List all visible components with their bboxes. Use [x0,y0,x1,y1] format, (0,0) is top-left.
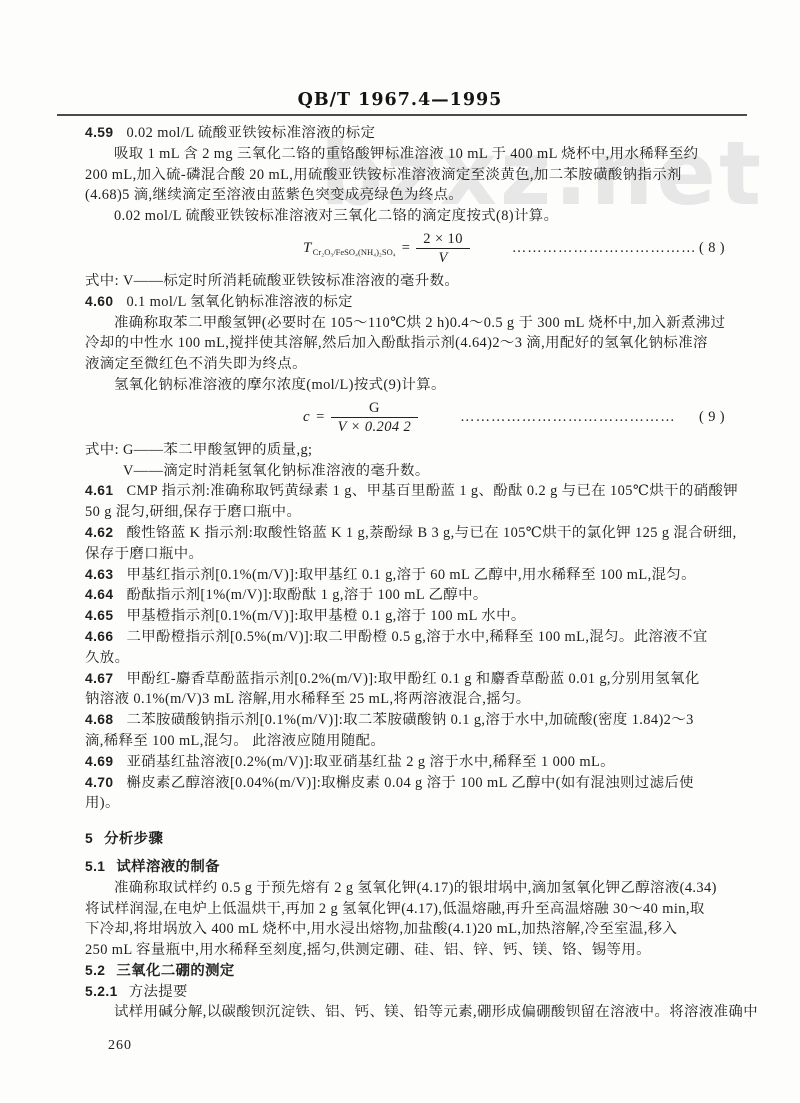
heading-line: 5.2三氧化二硼的测定 [85,961,745,982]
section-line: 4.66二甲酚橙指示剂[0.5%(m/V)]:取二甲酚橙 0.5 g,溶于水中,… [85,627,745,648]
line-text: 酸性铬蓝 K 指示剂:取酸性铬蓝 K 1 g,萘酚绿 B 3 g,与已在 105… [126,525,736,541]
line-text: 试样溶液的制备 [116,859,220,875]
line-text: 二甲酚橙指示剂[0.5%(m/V)]:取二甲酚橙 0.5 g,溶于水中,稀释至 … [126,629,707,645]
section-line: 4.65甲基橙指示剂[0.1%(m/V)]:取甲基橙 0.1 g,溶于 100 … [85,606,745,627]
clause-number: 4.60 [85,294,113,309]
section-line: 4.68二苯胺磺酸钠指示剂[0.1%(m/V)]:取二苯胺磺酸钠 0.1 g,溶… [85,710,745,731]
clause-number: 4.64 [85,587,113,602]
text-line: 准确称取试样约 0.5 g 于预先熔有 2 g 氢氧化钾(4.17)的银坩埚中,… [85,878,745,899]
clause-number: 4.65 [85,608,113,623]
line-text: 冷却的中性水 100 mL,搅拌使其溶解,然后加入酚酞指示剂(4.64)2～3 … [85,335,708,351]
equation-dots: ……………………………… [512,240,695,257]
line-text: 滴,稀释至 100 mL,混匀。 此溶液应随用随配。 [85,733,385,749]
text-line: 250 mL 容量瓶中,用水稀释至刻度,摇匀,供测定硼、硅、铝、锌、钙、镁、铬、… [85,940,745,961]
text-line: (4.68)5 滴,继续滴定至溶液由蓝紫色突变成亮绿色为终点。 [85,185,745,206]
section-line: 4.590.02 mol/L 硫酸亚铁铵标准溶液的标定 [85,123,745,144]
text-line: 滴,稀释至 100 mL,混匀。 此溶液应随用随配。 [85,731,745,752]
text-line: 冷却的中性水 100 mL,搅拌使其溶解,然后加入酚酞指示剂(4.64)2～3 … [85,333,745,354]
equation-lhs: TCr₂O₃/FeSO₄(NH₄)₂SO₄=2 × 10V [303,231,470,267]
line-text: 甲基红指示剂[0.1%(m/V)]:取甲基红 0.1 g,溶于 60 mL 乙醇… [126,567,695,583]
line-text: 分析步骤 [104,831,163,847]
text-line: 50 g 混匀,研细,保存于磨口瓶中。 [85,502,745,523]
text-line: 用)。 [85,793,745,814]
line-text: 用)。 [85,795,120,811]
line-text: 将试样润湿,在电炉上低温烘干,再加 2 g 氢氧化钾(4.17),低温熔融,再升… [85,901,705,917]
line-text: 三氧化二硼的测定 [116,963,234,979]
line-text: 0.1 mol/L 氢氧化钠标准溶液的标定 [126,294,353,310]
text-line: 下冷却,将坩埚放入 400 mL 烧杯中,用水浸出熔物,加盐酸(4.1)20 m… [85,919,745,940]
line-text: 亚硝基红盐溶液[0.2%(m/V)]:取亚硝基红盐 2 g 溶于水中,稀释至 1… [126,754,614,770]
fraction: GV × 0.204 2 [331,400,419,436]
heading-line: 5.1试样溶液的制备 [85,857,745,878]
line-text: 0.02 mol/L 硫酸亚铁铵标准溶液的标定 [126,125,375,141]
line-text: 久放。 [85,650,129,666]
clause-number: 5.1 [85,859,105,874]
line-text: 50 g 混匀,研细,保存于磨口瓶中。 [85,504,301,520]
fraction: 2 × 10V [416,231,470,267]
line-text: 酚酞指示剂[1%(m/V)]:取酚酞 1 g,溶于 100 mL 乙醇中。 [126,587,487,603]
equation-lhs: c=GV × 0.204 2 [303,400,418,436]
line-text: 式中: G——苯二甲酸氢钾的质量,g; [85,442,312,458]
section-line: 4.70槲皮素乙醇溶液[0.04%(m/V)]:取槲皮素 0.04 g 溶于 1… [85,773,745,794]
line-text: 甲基橙指示剂[0.1%(m/V)]:取甲基橙 0.1 g,溶于 100 mL 水… [126,608,525,624]
section-line: 4.69亚硝基红盐溶液[0.2%(m/V)]:取亚硝基红盐 2 g 溶于水中,稀… [85,752,745,773]
text-line: 久放。 [85,648,745,669]
text-line: 保存于磨口瓶中。 [85,544,745,565]
line-text: 准确称取试样约 0.5 g 于预先熔有 2 g 氢氧化钾(4.17)的银坩埚中,… [114,880,717,896]
text-line: 0.02 mol/L 硫酸亚铁铵标准溶液对三氧化二铬的滴定度按式(8)计算。 [85,206,745,227]
document-body: 4.590.02 mol/L 硫酸亚铁铵标准溶液的标定吸取 1 mL 含 2 m… [85,123,745,1023]
clause-number: 4.66 [85,629,113,644]
line-text: 200 mL,加入硫-磷混合酸 20 mL,用硫酸亚铁铵标准溶液滴定至淡黄色,加… [85,167,682,183]
text-line: 式中: V——标定时所消耗硫酸亚铁铵标准溶液的毫升数。 [85,271,745,292]
clause-number: 5.2 [85,963,105,978]
clause-number: 4.61 [85,483,113,498]
line-text: 氢氧化钠标准溶液的摩尔浓度(mol/L)按式(9)计算。 [114,377,446,393]
clause-number: 5.2.1 [85,984,118,999]
equation-dots: …………………………………… [460,409,695,426]
equation: TCr₂O₃/FeSO₄(NH₄)₂SO₄=2 × 10V……………………………… [85,228,745,270]
heading-line: 5分析步骤 [85,829,745,850]
line-text: 二苯胺磺酸钠指示剂[0.1%(m/V)]:取二苯胺磺酸钠 0.1 g,溶于水中,… [126,712,693,728]
line-text: (4.68)5 滴,继续滴定至溶液由蓝紫色突变成亮绿色为终点。 [85,187,463,203]
section-line: 4.64酚酞指示剂[1%(m/V)]:取酚酞 1 g,溶于 100 mL 乙醇中… [85,585,745,606]
line-text: 槲皮素乙醇溶液[0.04%(m/V)]:取槲皮素 0.04 g 溶于 100 m… [126,775,693,791]
clause-number: 4.62 [85,525,113,540]
clause-number: 4.70 [85,775,113,790]
line-text: 250 mL 容量瓶中,用水稀释至刻度,摇匀,供测定硼、硅、铝、锌、钙、镁、铬、… [85,942,651,958]
text-line: V——滴定时消耗氢氧化钠标准溶液的毫升数。 [85,461,745,482]
section-line: 4.600.1 mol/L 氢氧化钠标准溶液的标定 [85,292,745,313]
clause-number: 4.63 [85,567,113,582]
header-rule [57,114,747,116]
equation: c=GV × 0.204 2……………………………………( 9 ) [85,397,745,439]
text-line: 准确称取苯二甲酸氢钾(必要时在 105～110℃烘 2 h)0.4～0.5 g … [85,313,745,334]
text-line: 氢氧化钠标准溶液的摩尔浓度(mol/L)按式(9)计算。 [85,375,745,396]
text-line: 式中: G——苯二甲酸氢钾的质量,g; [85,440,745,461]
section-line: 4.62酸性铬蓝 K 指示剂:取酸性铬蓝 K 1 g,萘酚绿 B 3 g,与已在… [85,523,745,544]
line-text: CMP 指示剂:准确称取钙黄绿素 1 g、甲基百里酚蓝 1 g、酚酞 0.2 g… [126,483,738,499]
line-text: 方法提要 [129,984,188,1000]
line-text: 液滴定至微红色不消失即为终点。 [85,356,307,372]
text-line: 试样用碱分解,以碳酸钡沉淀铁、铝、钙、镁、铅等元素,硼形成偏硼酸钡留在溶液中。将… [85,1002,745,1023]
standard-number-header: QB/T 1967.4—1995 [0,90,800,110]
clause-number: 4.68 [85,712,113,727]
line-text: 甲酚红-麝香草酚蓝指示剂[0.2%(m/V)]:取甲酚红 0.1 g 和麝香草酚… [126,671,699,687]
line-text: 准确称取苯二甲酸氢钾(必要时在 105～110℃烘 2 h)0.4～0.5 g … [114,315,725,331]
line-text: V——滴定时消耗氢氧化钠标准溶液的毫升数。 [123,463,430,479]
text-line: 将试样润湿,在电炉上低温烘干,再加 2 g 氢氧化钾(4.17),低温熔融,再升… [85,899,745,920]
line-text: 保存于磨口瓶中。 [85,546,203,562]
section-line: 4.67甲酚红-麝香草酚蓝指示剂[0.2%(m/V)]:取甲酚红 0.1 g 和… [85,669,745,690]
line-text: 式中: V——标定时所消耗硫酸亚铁铵标准溶液的毫升数。 [85,273,459,289]
section-line: 4.63甲基红指示剂[0.1%(m/V)]:取甲基红 0.1 g,溶于 60 m… [85,565,745,586]
clause-number: 4.59 [85,125,113,140]
equation-number: ( 9 ) [699,409,745,426]
page-number: 260 [108,1038,132,1054]
line-text: 0.02 mol/L 硫酸亚铁铵标准溶液对三氧化二铬的滴定度按式(8)计算。 [114,208,558,224]
line-text: 下冷却,将坩埚放入 400 mL 烧杯中,用水浸出熔物,加盐酸(4.1)20 m… [85,921,677,937]
heading-line: 5.2.1方法提要 [85,982,745,1003]
equation-number: ( 8 ) [699,240,745,257]
text-line: 200 mL,加入硫-磷混合酸 20 mL,用硫酸亚铁铵标准溶液滴定至淡黄色,加… [85,165,745,186]
text-line: 钠溶液 0.1%(m/V)3 mL 溶解,用水稀释至 25 mL,将两溶液混合,… [85,689,745,710]
line-text: 吸取 1 mL 含 2 mg 三氧化二铬的重铬酸钾标准溶液 10 mL 于 40… [114,146,698,162]
text-line: 液滴定至微红色不消失即为终点。 [85,354,745,375]
clause-number: 4.67 [85,671,113,686]
scanned-document-page: bzxz.net QB/T 1967.4—1995 4.590.02 mol/L… [0,0,800,1103]
clause-number: 5 [85,831,93,846]
section-line: 4.61CMP 指示剂:准确称取钙黄绿素 1 g、甲基百里酚蓝 1 g、酚酞 0… [85,481,745,502]
line-text: 钠溶液 0.1%(m/V)3 mL 溶解,用水稀释至 25 mL,将两溶液混合,… [85,691,531,707]
clause-number: 4.69 [85,754,113,769]
text-line: 吸取 1 mL 含 2 mg 三氧化二铬的重铬酸钾标准溶液 10 mL 于 40… [85,144,745,165]
line-text: 试样用碱分解,以碳酸钡沉淀铁、铝、钙、镁、铅等元素,硼形成偏硼酸钡留在溶液中。将… [114,1004,758,1020]
